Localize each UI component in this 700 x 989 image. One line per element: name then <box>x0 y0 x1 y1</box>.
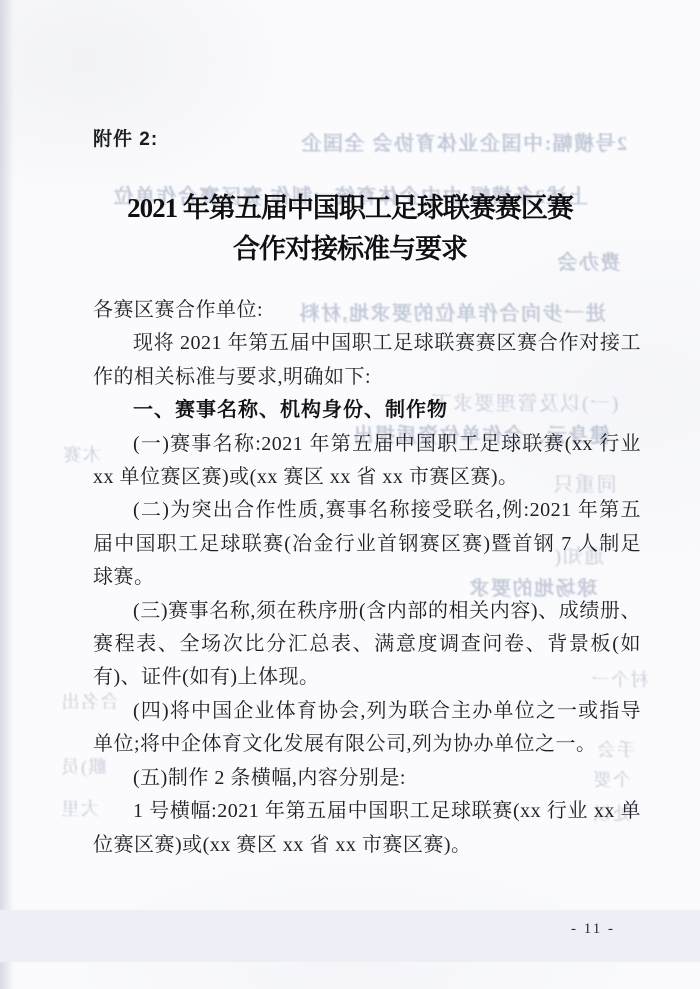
bleed-through-text: 2号横幅:中国企业体育协会 全国企 <box>300 127 627 156</box>
item-paragraph: (四)将中国企业体育协会,列为联合主办单位之一或指导单位;将中企体育文化发展有限… <box>93 695 641 762</box>
scanned-document-page: 2号横幅:中国企业体育协会 全国企 上述2条横幅,由中企体育统一制作,赛区赛合作… <box>0 0 700 989</box>
attachment-label: 附件 2: <box>93 124 158 151</box>
section-heading: 一、赛事名称、机构身份、制作物 <box>93 394 641 427</box>
item-paragraph: (五)制作 2 条横幅,内容分别是: <box>93 762 641 795</box>
title-line-1: 2021 年第五届中国职工足球联赛赛区赛 <box>0 188 700 229</box>
title-line-2: 合作对接标准与要求 <box>0 229 700 270</box>
document-title: 2021 年第五届中国职工足球联赛赛区赛 合作对接标准与要求 <box>0 188 700 270</box>
item-paragraph: (一)赛事名称:2021 年第五届中国职工足球联赛(xx 行业 xx 单位赛区赛… <box>93 428 641 495</box>
document-body: 各赛区赛合作单位: 现将 2021 年第五届中国职工足球联赛赛区赛合作对接工作的… <box>93 294 641 862</box>
item-paragraph: 1 号横幅:2021 年第五届中国职工足球联赛(xx 行业 xx 单位赛区赛)或… <box>93 795 641 862</box>
salutation: 各赛区赛合作单位: <box>93 294 641 327</box>
intro-paragraph: 现将 2021 年第五届中国职工足球联赛赛区赛合作对接工作的相关标准与要求,明确… <box>93 327 641 394</box>
item-paragraph: (三)赛事名称,须在秩序册(含内部的相关内容)、成绩册、赛程表、全场次比分汇总表… <box>93 595 641 695</box>
page-number: - 11 - <box>571 921 615 938</box>
item-paragraph: (二)为突出合作性质,赛事名称接受联名,例:2021 年第五届中国职工足球联赛(… <box>93 494 641 594</box>
scan-edge-shadow <box>0 0 14 989</box>
